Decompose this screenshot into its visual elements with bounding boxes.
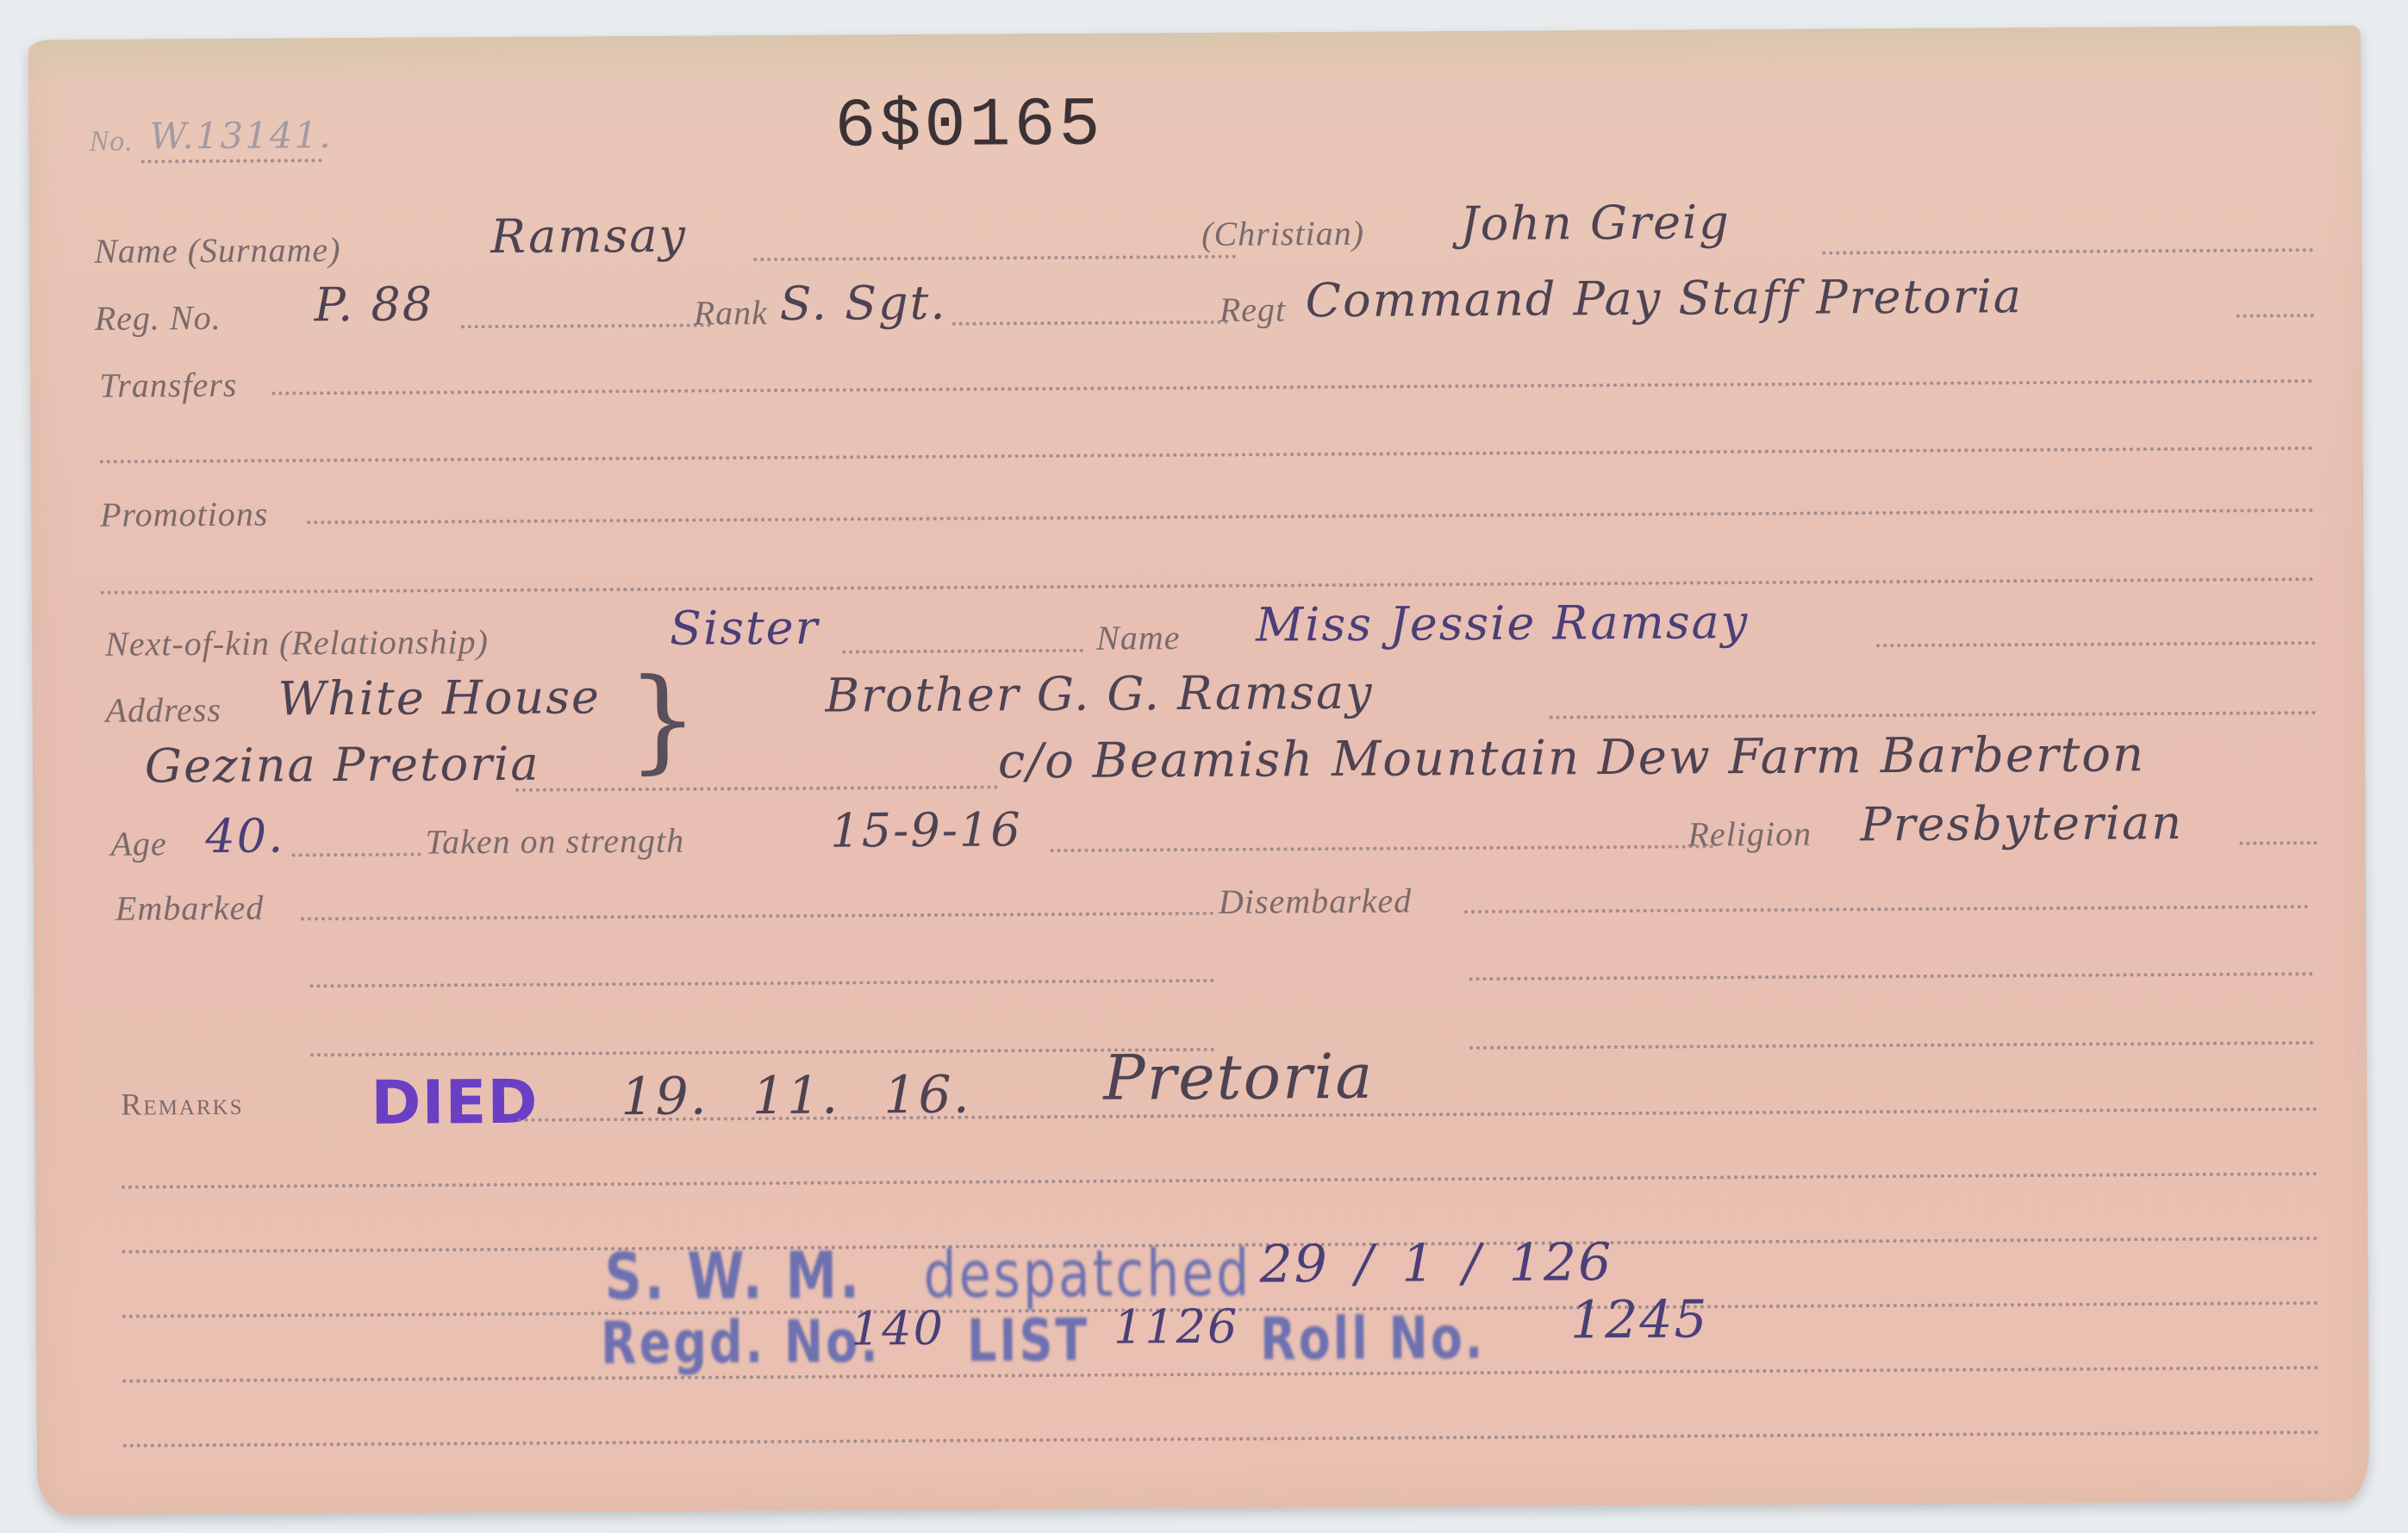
remarks-label: Remarks <box>121 1086 243 1123</box>
remarks-line-5 <box>122 1366 2320 1383</box>
christian-name-value: John Greig <box>1460 195 1731 251</box>
roll-no-label: Roll No. <box>1260 1304 1486 1373</box>
despatch-date: 29 / 1 / 126 <box>1259 1232 1613 1295</box>
dotted-line <box>292 853 421 857</box>
dotted-line <box>2236 314 2314 318</box>
taken-on-strength-label: Taken on strength <box>425 820 684 863</box>
card-no-label: No. <box>89 126 133 159</box>
religion-label: Religion <box>1687 813 1812 855</box>
rank-label: Rank <box>694 292 768 333</box>
promotions-label: Promotions <box>100 494 268 535</box>
christian-name-label: (Christian) <box>1201 213 1364 254</box>
dotted-line <box>842 649 1083 654</box>
dotted-line <box>1051 844 1714 852</box>
promotions-line-1 <box>307 508 2315 524</box>
transfers-label: Transfers <box>99 365 237 406</box>
transfers-line-1 <box>271 379 2314 395</box>
regd-no-label: Regd. No. <box>601 1307 881 1377</box>
age-label: Age <box>110 823 166 863</box>
dotted-line <box>2240 841 2318 845</box>
disembarked-line-3 <box>1469 1041 2314 1050</box>
next-of-kin-label: Next-of-kin (Relationship) <box>105 621 489 664</box>
address-line-1: White House <box>278 670 601 726</box>
died-stamp: DIED <box>371 1067 539 1138</box>
card-no-value: W.13141. <box>149 114 332 157</box>
dotted-line <box>461 323 711 328</box>
service-record-card: 6$0165 No. W.13141. Name (Surname) Ramsa… <box>28 26 2369 1515</box>
dotted-line <box>1876 641 2316 647</box>
embarked-line-3 <box>310 1048 1215 1056</box>
card-no-dotted-line <box>141 159 322 163</box>
dotted-line <box>515 785 998 791</box>
age-value: 40. <box>205 808 284 863</box>
remarks-line-2 <box>122 1172 2319 1189</box>
additional-kin-address: c/o Beamish Mountain Dew Farm Barberton <box>998 726 2146 789</box>
list-value: 1126 <box>1114 1299 1239 1355</box>
transfers-line-2 <box>100 446 2315 464</box>
religion-value: Presbyterian <box>1860 795 2183 851</box>
remarks-date: 19. 11. 16. <box>621 1065 971 1127</box>
taken-on-strength-value: 15-9-16 <box>830 802 1022 857</box>
additional-kin: Brother G. G. Ramsay <box>825 665 1374 723</box>
rank-value: S. Sgt. <box>779 276 946 331</box>
reg-no-value: P. 88 <box>314 277 434 332</box>
regiment-label: Regt <box>1220 289 1287 329</box>
dotted-line <box>753 255 1236 261</box>
despatch-stamp-prefix: S. W. M. <box>604 1238 862 1315</box>
remarks-place: Pretoria <box>1103 1040 1375 1114</box>
card-serial-number: 6$0165 <box>834 87 1104 167</box>
reg-no-label: Reg. No. <box>95 297 221 339</box>
address-line-2: Gezina Pretoria <box>145 737 540 794</box>
surname-value: Ramsay <box>490 209 687 264</box>
promotions-line-2 <box>101 577 2316 595</box>
address-brace: } <box>627 664 699 776</box>
dotted-line <box>952 321 1228 326</box>
address-label: Address <box>105 689 221 731</box>
regd-no-value: 140 <box>851 1301 945 1356</box>
disembarked-label: Disembarked <box>1219 880 1413 921</box>
dotted-line <box>1550 711 2317 719</box>
disembarked-line <box>1464 905 2309 913</box>
surname-label: Name (Surname) <box>94 229 340 271</box>
embarked-line-2 <box>309 979 1214 988</box>
next-of-kin-name-label: Name <box>1096 617 1181 658</box>
next-of-kin-name-value: Miss Jessie Ramsay <box>1256 595 1750 651</box>
next-of-kin-relationship: Sister <box>670 601 820 656</box>
embarked-line <box>301 912 1214 920</box>
remarks-line-6 <box>123 1430 2321 1448</box>
dotted-line <box>1822 248 2313 254</box>
disembarked-line-2 <box>1469 972 2313 981</box>
roll-no-value: 1245 <box>1570 1289 1709 1350</box>
embarked-label: Embarked <box>115 888 265 929</box>
list-label: LIST <box>967 1306 1090 1375</box>
regiment-value: Command Pay Staff Pretoria <box>1305 269 2023 327</box>
